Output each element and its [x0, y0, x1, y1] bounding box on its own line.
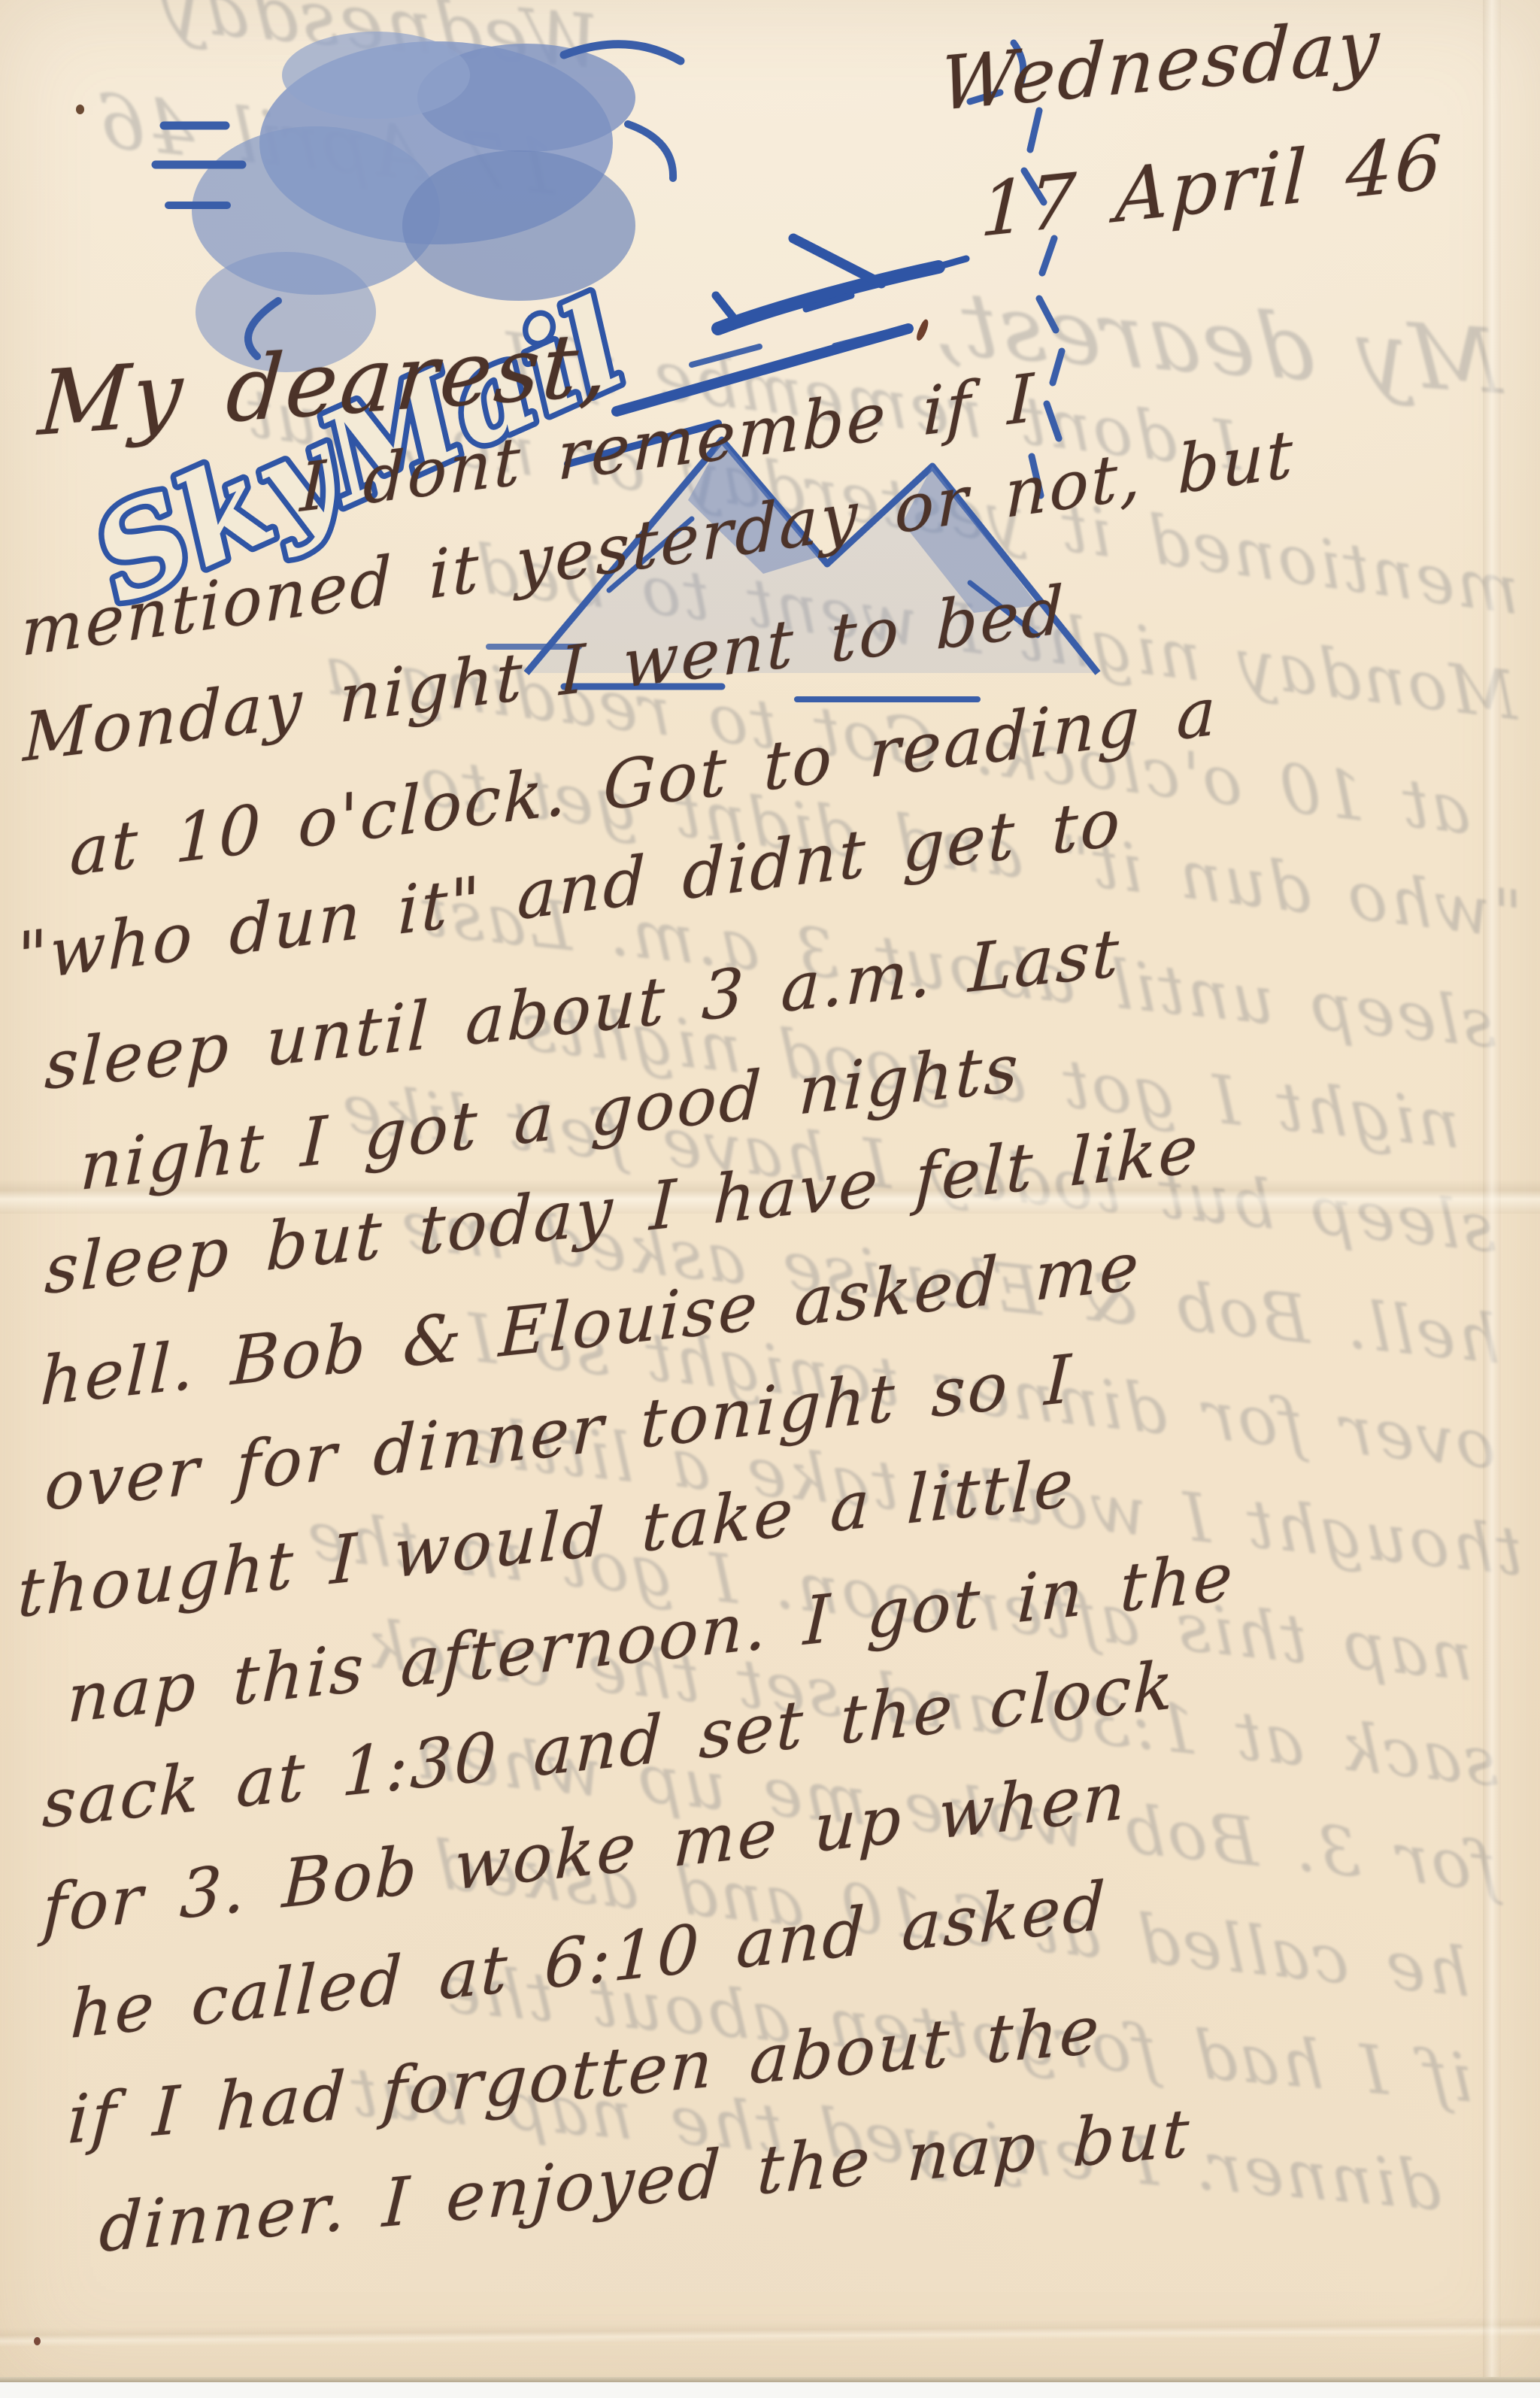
date-weekday: Wednesday	[938, 9, 1383, 122]
letter-scan-page: Wednesday 17 April 46 My dearest, I dont…	[0, 0, 1540, 2398]
date-day-month-year: 17 April 46	[979, 125, 1445, 248]
paper-speck	[76, 105, 84, 114]
handwritten-ink-layer: Wednesday 17 April 46 My dearest, I dont…	[0, 0, 1540, 2382]
paper-speck	[34, 2337, 41, 2345]
paper-bottom-edge	[0, 2377, 1540, 2382]
scanner-background-strip	[0, 2382, 1540, 2398]
